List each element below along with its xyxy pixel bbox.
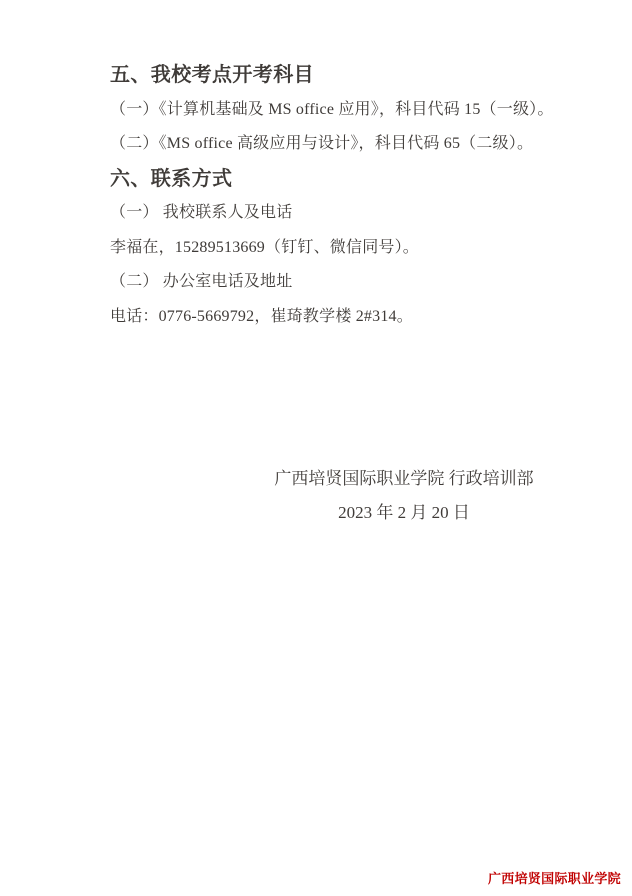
signature-organization: 广西培贤国际职业学院 行政培训部 [264,462,544,496]
paragraph-subject-level1: （一）《计算机基础及 MS office 应用》，科目代码 15（一级）。 [110,93,616,128]
section-heading-exam-subjects: 五、我校考点开考科目 [110,58,616,93]
footer-watermark: 广西培贤国际职业学院 [488,868,621,887]
vertical-spacer [110,334,616,462]
paragraph-office-phone-address: 电话：0776-5669792，崔琦教学楼 2#314。 [110,300,616,335]
paragraph-contact-person-title: （一） 我校联系人及电话 [110,196,616,231]
signature-date: 2023 年 2 月 20 日 [264,496,544,530]
paragraph-subject-level2: （二）《MS office 高级应用与设计》，科目代码 65（二级）。 [110,127,616,162]
document-page: 五、我校考点开考科目 （一）《计算机基础及 MS office 应用》，科目代码… [0,0,632,896]
paragraph-contact-person-phone: 李福在，15289513669（钉钉、微信同号）。 [110,231,616,266]
document-body: 五、我校考点开考科目 （一）《计算机基础及 MS office 应用》，科目代码… [0,0,632,530]
section-heading-contact: 六、联系方式 [110,162,616,197]
signature-block: 广西培贤国际职业学院 行政培训部 2023 年 2 月 20 日 [264,462,544,530]
paragraph-office-title: （二） 办公室电话及地址 [110,265,616,300]
